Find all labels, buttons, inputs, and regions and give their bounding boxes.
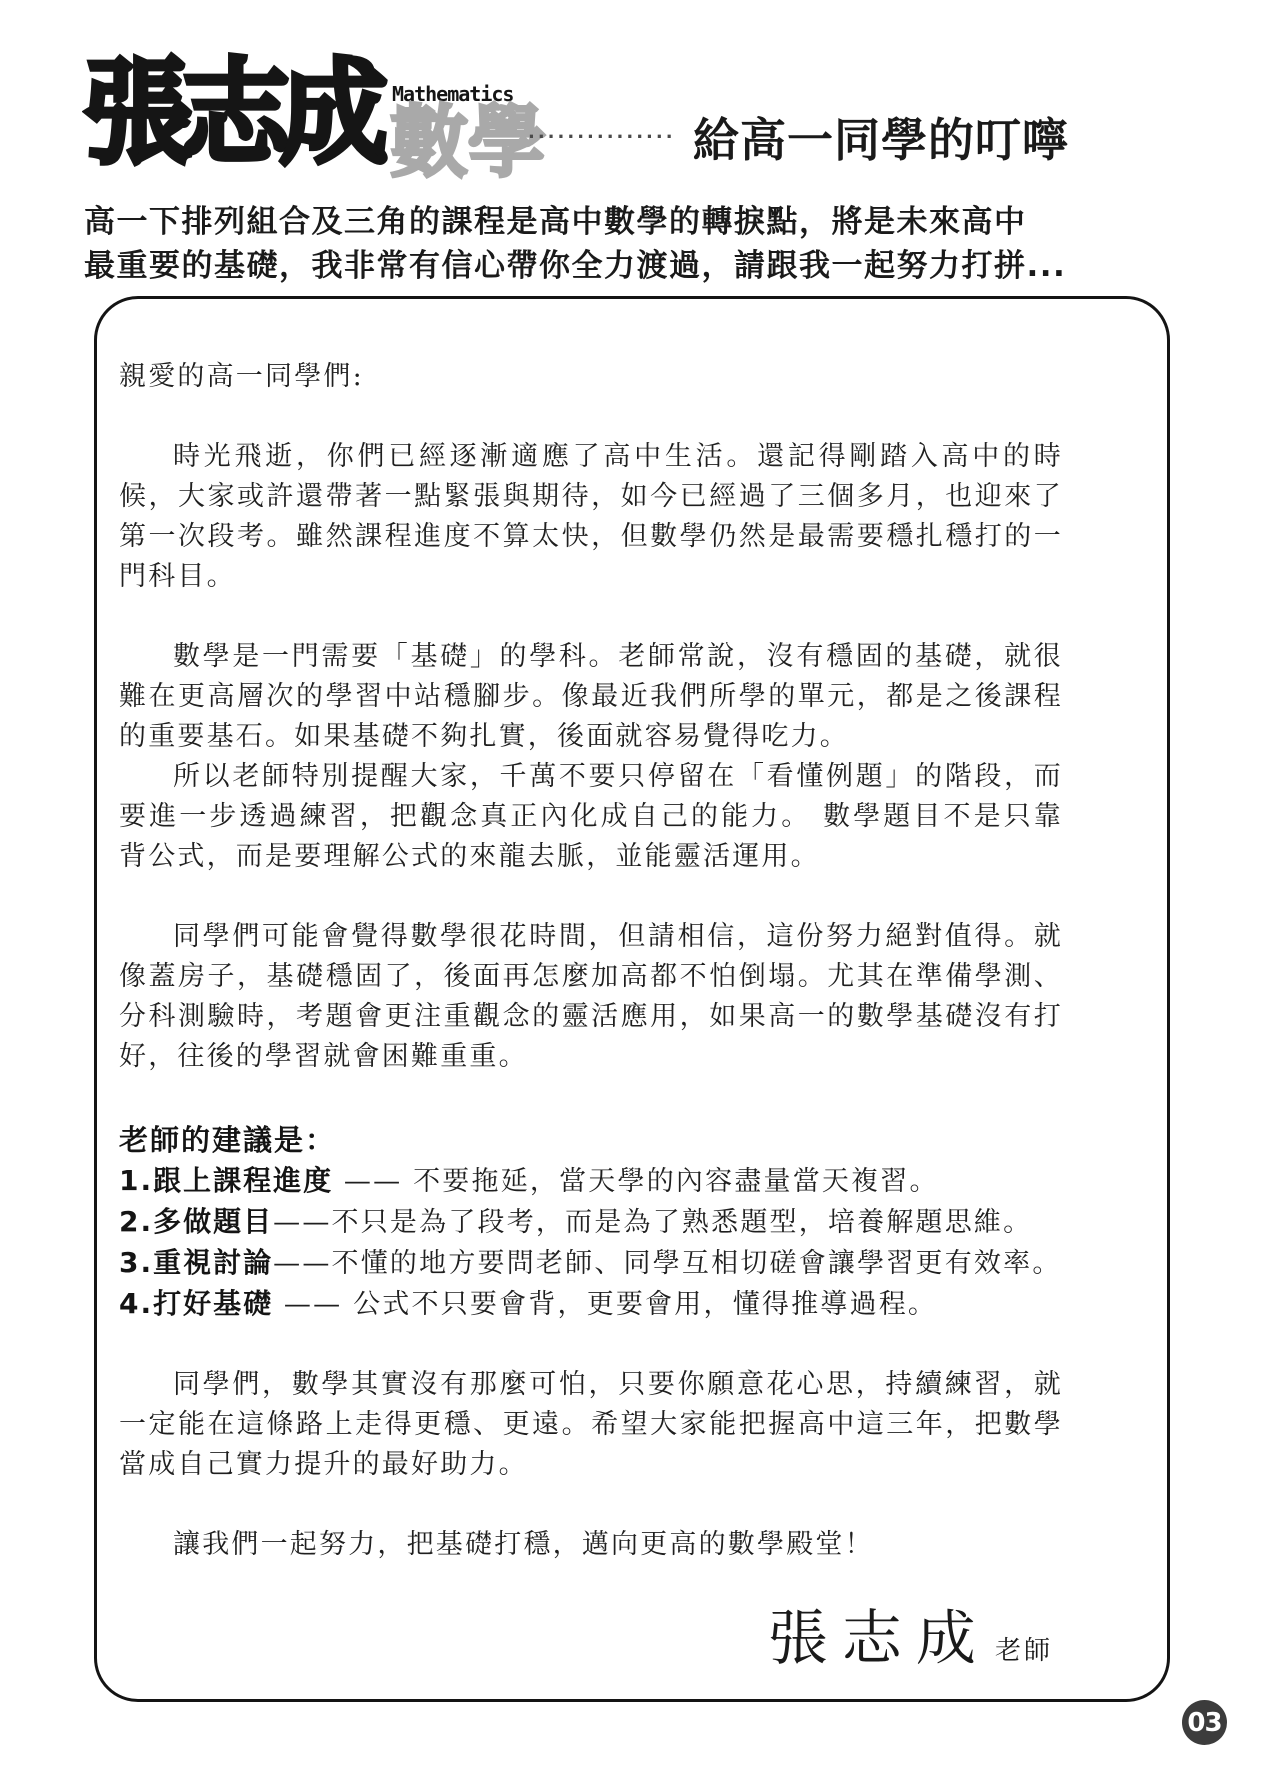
advice-item-1-text: 不要拖延，當天學的內容盡量當天複習。 xyxy=(413,1166,939,1197)
logo-subtitle-chinese: 數學 xyxy=(390,104,546,182)
closing-line: 讓我們一起努力，把基礎打穩，邁向更高的數學殿堂！ xyxy=(119,1525,1063,1565)
advice-item-4: 4.打好基礎 —— 公式不只要會背，更要會用，懂得推導過程。 xyxy=(119,1284,1067,1325)
advice-item-2-text: 不只是為了段考，而是為了熟悉題型，培養解題思維。 xyxy=(332,1207,1033,1238)
advice-item-3-dash: —— xyxy=(273,1248,331,1279)
paragraph-1: 時光飛逝，你們已經逐漸適應了高中生活。還記得剛踏入高中的時候，大家或許還帶著一點… xyxy=(119,437,1063,597)
page-number: 03 xyxy=(1187,1708,1221,1738)
advice-item-1: 1.跟上課程進度 —— 不要拖延，當天學的內容盡量當天複習。 xyxy=(119,1161,1067,1202)
page-number-badge: 03 xyxy=(1182,1700,1227,1745)
paragraph-3: 所以老師特別提醒大家，千萬不要只停留在「看懂例題」的階段，而要進一步透過練習，把… xyxy=(119,757,1063,877)
advice-item-3-label: 3.重視討論 xyxy=(119,1246,273,1279)
letter-box: 親愛的高一同學們: 時光飛逝，你們已經逐漸適應了高中生活。還記得剛踏入高中的時候… xyxy=(94,296,1170,1702)
advice-heading: 老師的建議是： xyxy=(119,1119,1067,1161)
advice-item-1-label: 1.跟上課程進度 xyxy=(119,1164,333,1197)
paragraph-5: 同學們，數學其實沒有那麼可怕，只要你願意花心思，持續練習，就一定能在這條路上走得… xyxy=(119,1365,1063,1485)
document-page: 張志成 Mathematics 數學 ............... 給高一同學… xyxy=(0,0,1264,1778)
advice-item-3-text: 不懂的地方要問老師、同學互相切磋會讓學習更有效率。 xyxy=(332,1248,1062,1279)
advice-item-2: 2.多做題目——不只是為了段考，而是為了熟悉題型，培養解題思維。 xyxy=(119,1202,1067,1243)
signature: 張志成 老師 xyxy=(119,1591,1053,1677)
signature-title: 老師 xyxy=(995,1636,1053,1666)
paragraph-4: 同學們可能會覺得數學很花時間，但請相信，這份努力絕對值得。就像蓋房子，基礎穩固了… xyxy=(119,917,1063,1077)
advice-item-3: 3.重視討論——不懂的地方要問老師、同學互相切磋會讓學習更有效率。 xyxy=(119,1243,1067,1284)
intro-line-1: 高一下排列組合及三角的課程是高中數學的轉捩點，將是未來高中 xyxy=(84,200,1066,244)
paragraph-2: 數學是一門需要「基礎」的學科。老師常說，沒有穩固的基礎，就很難在更高層次的學習中… xyxy=(119,637,1063,757)
advice-item-1-dash: —— xyxy=(333,1166,413,1197)
signature-name: 張志成 xyxy=(768,1604,990,1674)
advice-item-2-dash: —— xyxy=(273,1207,331,1238)
intro-line-2: 最重要的基礎，我非常有信心帶你全力渡過，請跟我一起努力打拼... xyxy=(84,244,1066,288)
salutation: 親愛的高一同學們: xyxy=(119,357,1067,397)
advice-item-4-text: 公式不只要會背，更要會用，懂得推導過程。 xyxy=(353,1289,937,1320)
advice-item-2-label: 2.多做題目 xyxy=(119,1205,273,1238)
intro-text: 高一下排列組合及三角的課程是高中數學的轉捩點，將是未來高中 最重要的基礎，我非常… xyxy=(84,200,1066,288)
page-title: 給高一同學的叮嚀 xyxy=(693,104,1069,170)
advice-item-4-dash: —— xyxy=(273,1289,353,1320)
dotted-line-decoration: ............... xyxy=(528,122,676,143)
advice-item-4-label: 4.打好基礎 xyxy=(119,1287,273,1320)
logo-name: 張志成 xyxy=(84,58,378,171)
